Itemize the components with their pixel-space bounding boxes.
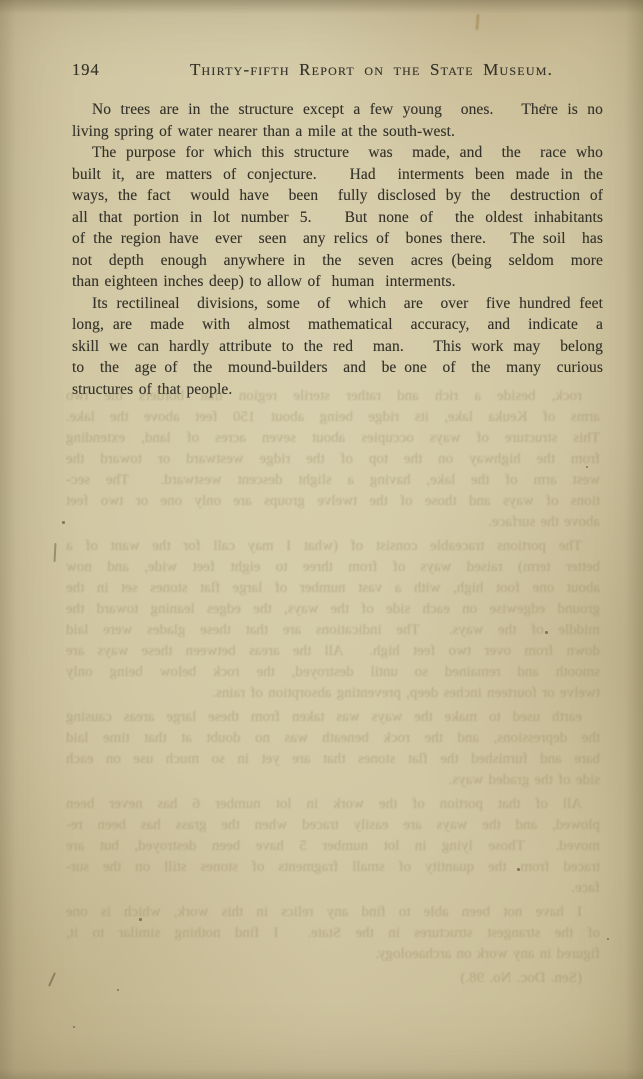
bleedthrough-line: tions of ways and those of the twelve gr… xyxy=(66,491,600,512)
ink-speck xyxy=(607,938,609,940)
bleedthrough-line: from the highway on the top of the ridge… xyxy=(66,449,600,470)
body-text-paragraph: The purpose for which this structure was… xyxy=(72,142,603,293)
running-title: Thirty-fifth Report on the State Museum. xyxy=(150,60,593,80)
ink-speck xyxy=(73,1026,75,1028)
body-text-line: ways, the fact would have been fully dis… xyxy=(72,185,603,207)
body-text-line: No trees are in the structure except a f… xyxy=(72,99,603,121)
body-text-line: to the age of the mound-builders and be … xyxy=(72,357,603,379)
bleedthrough-line: I have not been able to find any relics … xyxy=(66,902,600,923)
bleedthrough-line: middle of the ways. The indications are … xyxy=(66,620,600,641)
body-text-line: The purpose for which this structure was… xyxy=(72,142,603,164)
body-text-line: living spring of water nearer than a mil… xyxy=(72,121,603,143)
stray-hair-mark xyxy=(48,972,56,987)
bleedthrough-line: better term) raised ways of from three t… xyxy=(66,557,600,578)
bleedthrough-line: smooth and remained so until destroyed, … xyxy=(66,662,600,683)
bleedthrough-line: All of that portion of the work in lot n… xyxy=(66,794,600,815)
body-text: No trees are in the structure except a f… xyxy=(72,99,603,400)
bleedthrough-line: above the surface. xyxy=(66,512,600,533)
ink-speck xyxy=(62,521,65,524)
bleedthrough-line: (Sen. Doc. No. 98.) xyxy=(66,968,600,989)
page-header: 194 Thirty-fifth Report on the State Mus… xyxy=(72,60,603,80)
body-text-paragraph: No trees are in the structure except a f… xyxy=(72,99,603,142)
body-text-line: built it, are matters of conjecture. Had… xyxy=(72,164,603,186)
body-text-line: of the region have ever seen any relics … xyxy=(72,228,603,250)
bleedthrough-paragraph: All of that portion of the work in lot n… xyxy=(66,794,600,899)
page-number: 194 xyxy=(72,60,150,80)
bleedthrough-paragraph: The portions traceable consist of (what … xyxy=(66,536,600,704)
body-text-line: all that portion in lot number 5. But no… xyxy=(72,207,603,229)
bleedthrough-paragraph: rock, beside a rich and rather sterile r… xyxy=(66,386,600,533)
bleedthrough-line: about one foot high, with a vast number … xyxy=(66,578,600,599)
bleedthrough-line: the depressions, and the rock beneath wa… xyxy=(66,728,600,749)
body-text-line: long, are made with almost mathematical … xyxy=(72,314,603,336)
body-text-paragraph: Its rectilineal divisions, some of which… xyxy=(72,293,603,401)
bleedthrough-line: side of the graded ways. xyxy=(66,770,600,791)
bleedthrough-line: plowed, and the ways are easily traced w… xyxy=(66,815,600,836)
book-page-scan: 194 Thirty-fifth Report on the State Mus… xyxy=(0,0,643,1079)
body-text-line: not depth enough anywhere in the seven a… xyxy=(72,250,603,272)
bleedthrough-line: ground edgewise on each side of the ways… xyxy=(66,599,600,620)
body-text-line: Its rectilineal divisions, some of which… xyxy=(72,293,603,315)
margin-tick-mark xyxy=(54,543,57,562)
bleedthrough-line: earth used to make the ways was taken fr… xyxy=(66,707,600,728)
body-text-line: than eighteen inches deep) to allow of h… xyxy=(72,271,603,293)
body-text-line: skill we can hardly attribute to the red… xyxy=(72,336,603,358)
bleedthrough-line: This structure of ways occupies about se… xyxy=(66,428,600,449)
bleedthrough-paragraph: (Sen. Doc. No. 98.) xyxy=(66,968,600,989)
bleedthrough-line: down from over two feet high. All the ar… xyxy=(66,641,600,662)
bleedthrough-line: traced from the quantity of small fragme… xyxy=(66,857,600,878)
ink-stain xyxy=(475,14,479,30)
bleedthrough-ghost-text: rock, beside a rich and rather sterile r… xyxy=(66,386,600,992)
bleedthrough-line: rock, beside a rich and rather sterile r… xyxy=(66,386,600,407)
bleedthrough-line: arms of Keuka lake, its ridge being abou… xyxy=(66,407,600,428)
bleedthrough-line: figured in any work on archaeology. xyxy=(66,944,600,965)
bleedthrough-line: moved. Those lying in lot number 5 have … xyxy=(66,836,600,857)
bleedthrough-paragraph: earth used to make the ways was taken fr… xyxy=(66,707,600,791)
bleedthrough-line: twelve or fourteen inches deep, preventi… xyxy=(66,683,600,704)
bleedthrough-line: face. xyxy=(66,878,600,899)
bleedthrough-line: of the strangest structures in the State… xyxy=(66,923,600,944)
bleedthrough-line: bare and furnished the flat stones that … xyxy=(66,749,600,770)
bleedthrough-paragraph: I have not been able to find any relics … xyxy=(66,902,600,965)
bleedthrough-line: west arm of the lake, having a slight de… xyxy=(66,470,600,491)
bleedthrough-line: The portions traceable consist of (what … xyxy=(66,536,600,557)
